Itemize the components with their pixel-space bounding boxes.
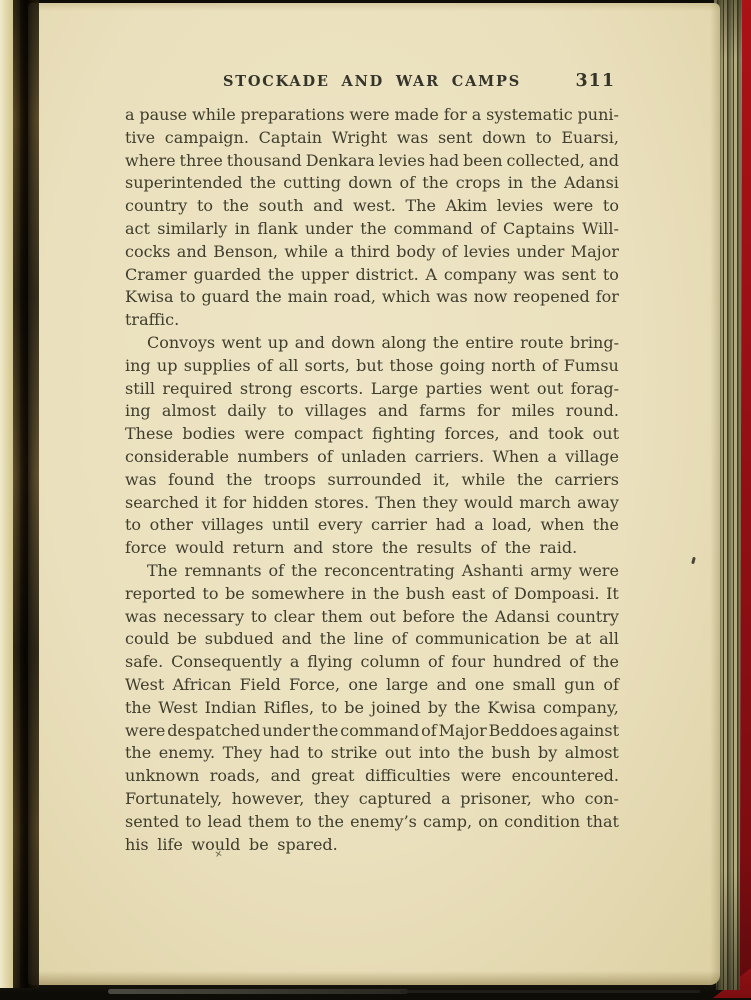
text-line: Kwisatoguardthemainroad,whichwasnowreope… — [125, 286, 619, 309]
text-line: countrytothesouthandwest.TheAkimlevieswe… — [125, 195, 619, 218]
text-line: Thesebodieswerecompactfightingforces,and… — [125, 423, 619, 446]
text-line: Cramerguardedtheupperdistrict.Acompanywa… — [125, 264, 619, 287]
text-line: actsimilarlyinflankunderthecommandofCapt… — [125, 218, 619, 241]
text-line: ingalmostdailytovillagesandfarmsformiles… — [125, 400, 619, 423]
text-line: tivecampaign.CaptainWrightwassentdowntoE… — [125, 127, 619, 150]
chapter-running-title: STOCKADE AND WAR CAMPS — [125, 73, 619, 90]
book-board-edge-far — [400, 990, 700, 993]
text-line: theenemy.Theyhadtostrikeoutintothebushby… — [125, 742, 619, 765]
text-line: traffic. — [125, 309, 619, 332]
text-line: weredespatchedunderthecommandofMajorBedd… — [125, 720, 619, 743]
text-line: toothervillagesuntileverycarrierhadaload… — [125, 514, 619, 537]
text-line: stillrequiredstrongescorts.Largepartiesw… — [125, 378, 619, 401]
page-number: 311 — [575, 71, 615, 91]
text-line: TheremnantsofthereconcentratingAshantiar… — [125, 560, 619, 583]
text-line: apausewhilepreparationsweremadeforasyste… — [125, 104, 619, 127]
gutter-shadow — [13, 0, 39, 988]
text-line: Fortunately,however,theycapturedaprisone… — [125, 788, 619, 811]
paragraph: Convoyswentupanddownalongtheentirerouteb… — [125, 332, 619, 560]
text-line: searcheditforhiddenstores.Thentheywouldm… — [125, 492, 619, 515]
text-line: Convoyswentupanddownalongtheentirerouteb… — [125, 332, 619, 355]
text-line: sentedtoleadthemtotheenemy’scamp,oncondi… — [125, 811, 619, 834]
paragraph: apausewhilepreparationsweremadeforasyste… — [125, 104, 619, 332]
text-line: couldbesubduedandthelineofcommunicationb… — [125, 628, 619, 651]
running-header: STOCKADE AND WAR CAMPS 311 — [125, 73, 619, 95]
text-line: cocksandBenson,whileathirdbodyofleviesun… — [125, 241, 619, 264]
text-line: safe.Consequentlyaflyingcolumnoffourhund… — [125, 651, 619, 674]
text-line: WestAfricanFieldForce,onelargeandonesmal… — [125, 674, 619, 697]
text-block: apausewhilepreparationsweremadeforasyste… — [125, 104, 619, 856]
text-line: wherethreethousandDenkaralevieshadbeenco… — [125, 150, 619, 173]
text-line: superintendedthecuttingdownofthecropsint… — [125, 172, 619, 195]
text-line: considerablenumbersofunladencarriers.Whe… — [125, 446, 619, 469]
text-line: reportedtobesomewhereinthebusheastofDomp… — [125, 583, 619, 606]
text-line: wasnecessarytoclearthemoutbeforetheAdans… — [125, 606, 619, 629]
book-board-edge — [108, 989, 408, 994]
text-line: ingupsuppliesofallsorts,butthosegoingnor… — [125, 355, 619, 378]
text-line: his life would be spared. — [125, 834, 619, 857]
text-line: wasfoundthetroopssurroundedit,whiletheca… — [125, 469, 619, 492]
paragraph: TheremnantsofthereconcentratingAshantiar… — [125, 560, 619, 856]
text-line: theWestIndianRifles,tobejoinedbytheKwisa… — [125, 697, 619, 720]
text-line: unknownroads,andgreatdifficultieswereenc… — [125, 765, 619, 788]
book-scan-scene: STOCKADE AND WAR CAMPS 311 apausewhilepr… — [0, 0, 751, 1000]
text-line: force would return and store the results… — [125, 537, 619, 560]
